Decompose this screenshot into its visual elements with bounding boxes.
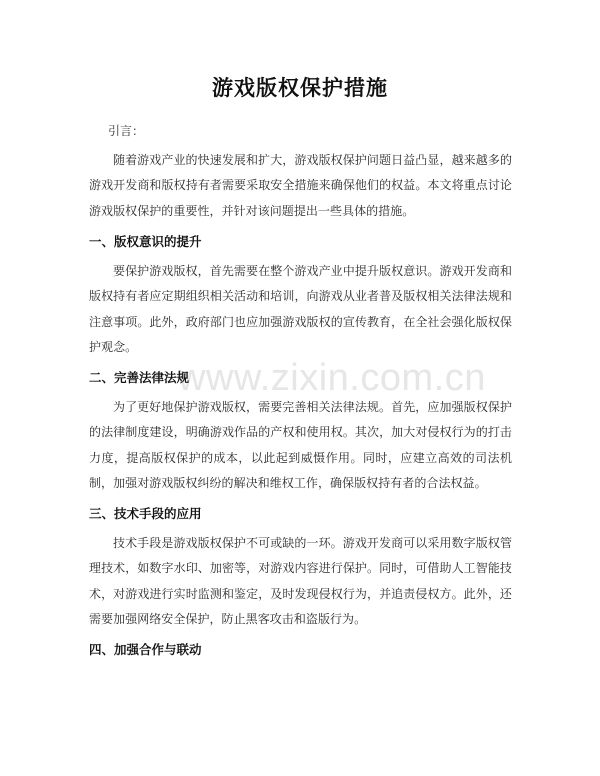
section-body-3: 技术手段是游戏版权保护不可或缺的一环。游戏开发商可以采用数字版权管理技术，如数字… [89,531,512,633]
section-heading-3: 三、技术手段的应用 [89,505,202,523]
section-heading-1: 一、版权意识的提升 [89,233,202,251]
document-title: 游戏版权保护措施 [0,75,600,101]
section-body-1: 要保护游戏版权，首先需要在整个游戏产业中提升版权意识。游戏开发商和版权持有者应定… [89,259,512,361]
document-page: www.zixin.com.cn 游戏版权保护措施 引言： 随着游戏产业的快速发… [0,0,600,776]
section-body-2: 为了更好地保护游戏版权，需要完善相关法律法规。首先，应加强版权保护的法律制度建设… [89,395,512,497]
document-content: 游戏版权保护措施 引言： 随着游戏产业的快速发展和扩大，游戏版权保护问题日益凸显… [0,0,600,776]
intro-paragraph: 随着游戏产业的快速发展和扩大，游戏版权保护问题日益凸显，越来越多的游戏开发商和版… [89,148,512,224]
intro-label: 引言： [108,123,144,139]
section-heading-4: 四、加强合作与联动 [89,641,202,659]
section-heading-2: 二、完善法律法规 [89,369,189,387]
